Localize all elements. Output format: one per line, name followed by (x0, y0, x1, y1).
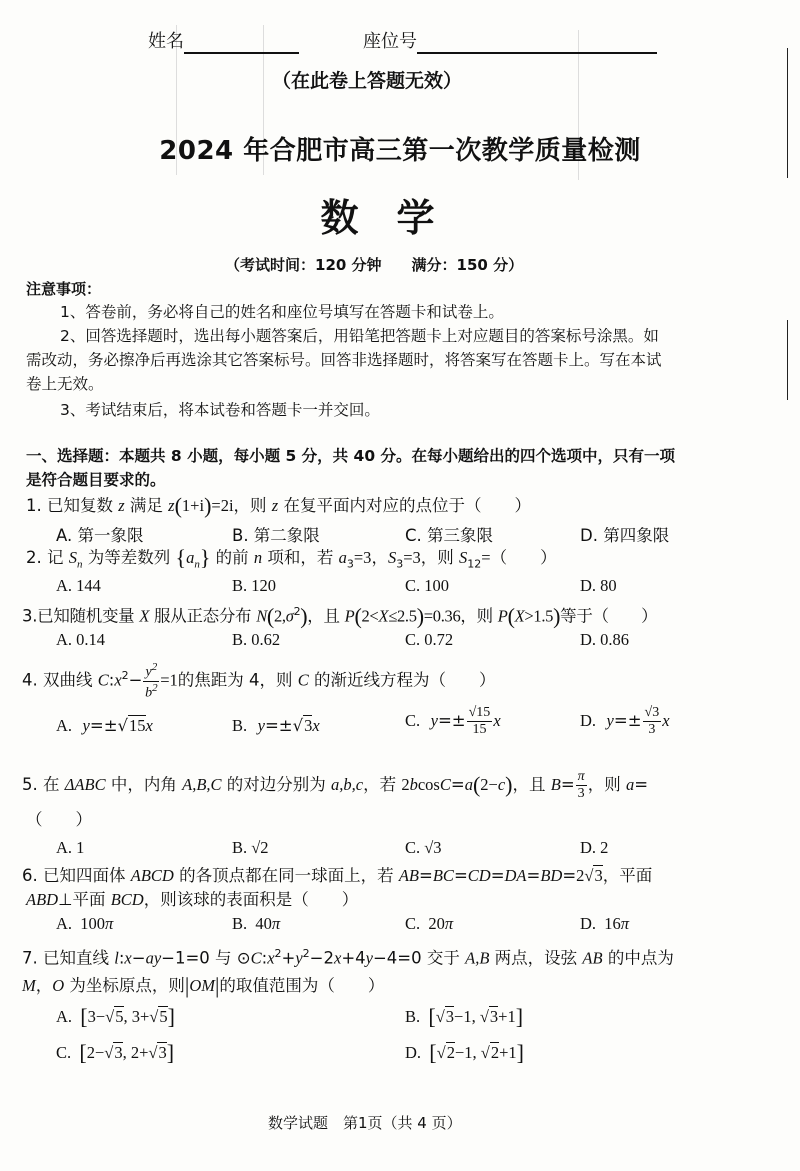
question-2-option-c[interactable]: C. 100 (405, 576, 449, 596)
question-5-option-d[interactable]: D. 2 (580, 838, 608, 858)
seat-blank[interactable] (417, 34, 657, 54)
question-7-option-d[interactable]: D. [√2−1, √2+1] (405, 1040, 524, 1066)
name-blank[interactable] (184, 34, 299, 54)
question-7-stem: 7. 已知直线 l:x−ay−1=0 与 ⊙C:x2+y2−2x+4y−4=0 … (22, 942, 674, 971)
question-1-option-b[interactable]: B. 第二象限 (232, 522, 320, 546)
question-5-blank: （ ） (26, 808, 92, 832)
question-number: 3. (22, 607, 37, 626)
seat-label: 座位号 (363, 31, 417, 52)
question-number: 5. (22, 775, 38, 794)
question-number: 7. (22, 949, 38, 968)
subject-title: 数 学 (0, 187, 755, 242)
note-3: 3、考试结束后，将本试卷和答题卡一并交回。 (60, 398, 380, 422)
page-footer: 数学试题 第1页（共 4 页） (268, 1112, 462, 1133)
question-4-stem: 4. 双曲线 C:x2−y2b2=1的焦距为 4，则 C 的渐近线方程为（ ） (22, 662, 496, 700)
exam-info: （考试时间：120 分钟 满分：150 分） (225, 254, 523, 275)
note-2: 2、回答选择题时，选出每小题答案后，用铅笔把答题卡上对应题目的答案标号涂黑。如 (60, 324, 659, 348)
question-1-option-a[interactable]: A. 第一象限 (56, 522, 144, 546)
question-3-option-c[interactable]: C. 0.72 (405, 630, 453, 650)
question-6-option-c[interactable]: C. 20π (405, 914, 453, 934)
question-5-option-a[interactable]: A. 1 (56, 838, 84, 858)
note-1: 1、答卷前，务必将自己的姓名和座位号填写在答题卡和试卷上。 (60, 300, 504, 324)
margin-rule (787, 320, 788, 400)
question-6-option-d[interactable]: D. 16π (580, 914, 629, 934)
question-7-stem-cont: M，O 为坐标原点，则|OM|的取值范围为（ ） (22, 974, 384, 998)
question-4-option-c[interactable]: C. y=±√1515x (405, 706, 501, 737)
question-4-option-b[interactable]: B. y=±√3x (232, 716, 320, 736)
question-3-stem: 3.已知随机变量 X 服从正态分布 N(2,σ2)，且 P(2<X≤2.5)=0… (22, 600, 657, 629)
question-7-option-c[interactable]: C. [2−√3, 2+√3] (56, 1040, 174, 1066)
question-4-option-d[interactable]: D. y=±√33x (580, 706, 670, 737)
question-7-option-b[interactable]: B. [√3−1, √3+1] (405, 1004, 523, 1030)
question-1-option-c[interactable]: C. 第三象限 (405, 522, 493, 546)
question-2-option-d[interactable]: D. 80 (580, 576, 617, 596)
question-5-option-c[interactable]: C. √3 (405, 838, 442, 858)
question-number: 2. (26, 548, 42, 567)
question-6-option-a[interactable]: A. 100π (56, 914, 113, 934)
notes-heading: 注意事项： (26, 278, 101, 299)
note-2-cont: 需改动，务必擦净后再选涂其它答案标号。回答非选择题时，将答案写在答题卡上。写在本… (26, 348, 662, 372)
question-2-stem: 2. 记 Sn 为等差数列 {an} 的前 n 项和，若 a3=3，S3=3，则… (26, 546, 557, 576)
question-7-option-a[interactable]: A. [3−√5, 3+√5] (56, 1004, 175, 1030)
name-label: 姓名 (148, 31, 184, 52)
exam-title: 2024 年合肥市高三第一次教学质量检测 (0, 130, 800, 167)
question-2-option-b[interactable]: B. 120 (232, 576, 276, 596)
question-6-option-b[interactable]: B. 40π (232, 914, 280, 934)
question-1-stem: 1. 已知复数 z 满足 z(1+i)=2i，则 z 在复平面内对应的点位于（ … (26, 494, 531, 518)
name-field[interactable]: 姓名 (148, 30, 299, 54)
question-3-option-a[interactable]: A. 0.14 (56, 630, 105, 650)
question-2-option-a[interactable]: A. 144 (56, 576, 101, 596)
question-number: 1. (26, 496, 42, 515)
question-5-option-b[interactable]: B. √2 (232, 838, 269, 858)
seat-field[interactable]: 座位号 (363, 30, 657, 54)
section-heading-cont: 是符合题目要求的。 (26, 468, 166, 492)
question-6-stem-cont: ABD⊥平面 BCD，则该球的表面积是（ ） (26, 888, 358, 912)
question-1-option-d[interactable]: D. 第四象限 (580, 522, 669, 546)
section-heading: 一、选择题：本题共 8 小题，每小题 5 分，共 40 分。在每小题给出的四个选… (26, 444, 675, 468)
invalid-note: （在此卷上答题无效） (272, 66, 462, 93)
question-3-option-b[interactable]: B. 0.62 (232, 630, 280, 650)
question-5-stem: 5. 在 ΔABC 中，内角 A,B,C 的对边分别为 a,b,c，若 2bco… (22, 770, 648, 801)
question-number: 6. (22, 866, 38, 885)
question-6-stem: 6. 已知四面体 ABCD 的各顶点都在同一球面上，若 AB=BC=CD=DA=… (22, 864, 652, 888)
question-4-option-a[interactable]: A. y=±√15x (56, 716, 153, 736)
question-3-option-d[interactable]: D. 0.86 (580, 630, 629, 650)
note-2-end: 卷上无效。 (26, 372, 104, 396)
question-number: 4. (22, 671, 38, 690)
